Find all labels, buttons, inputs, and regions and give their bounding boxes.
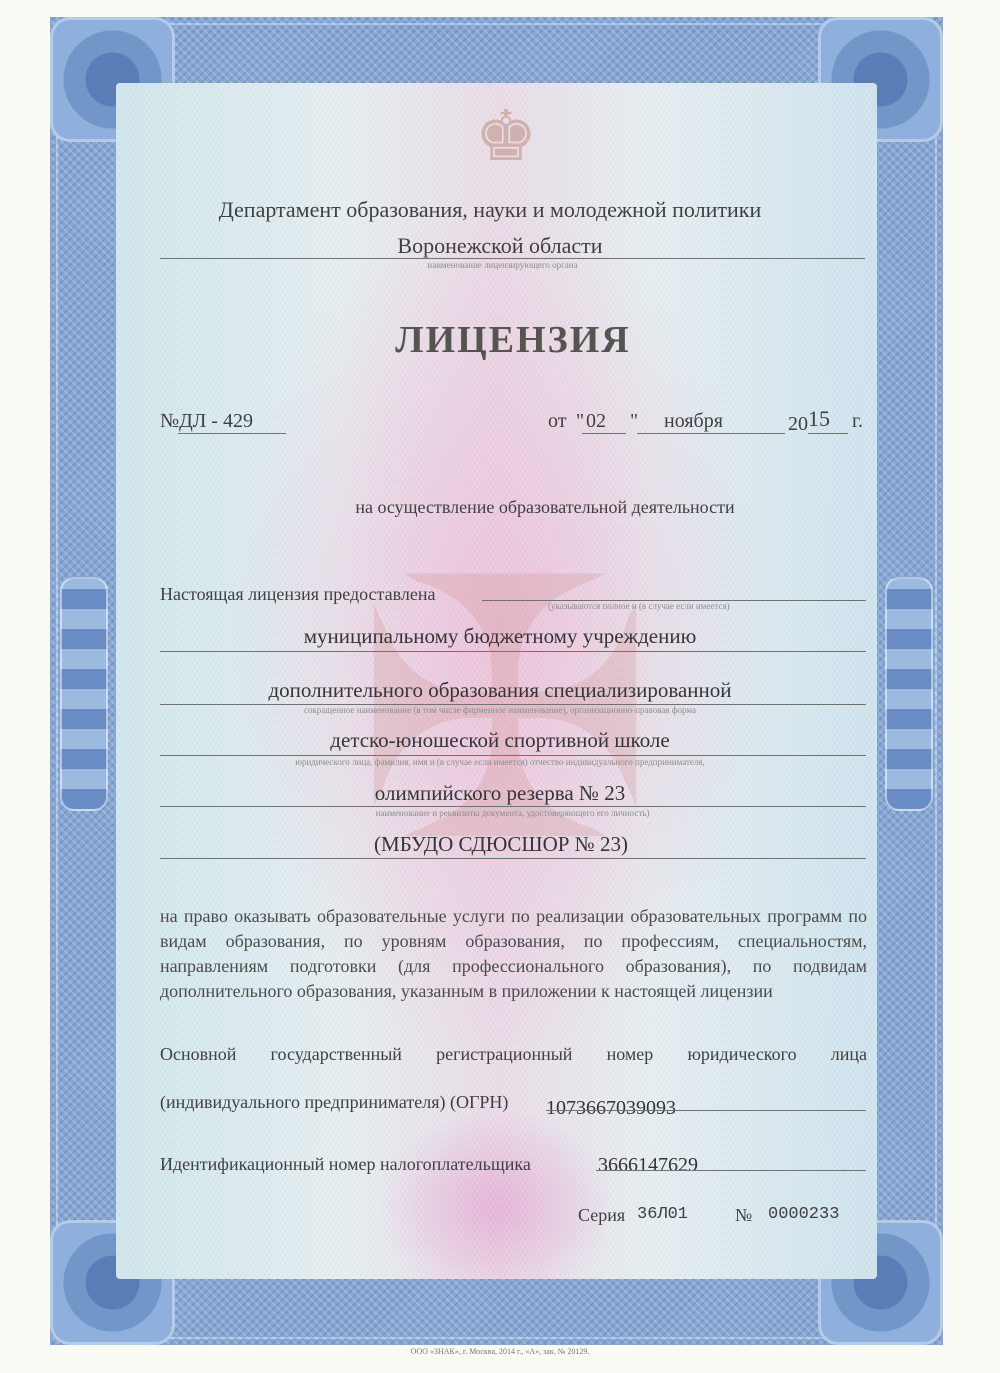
divider: [160, 806, 866, 807]
date-close-quote: ": [630, 410, 638, 433]
number-value: ДЛ - 429: [179, 410, 253, 432]
russian-coat-of-arms-icon: ♚: [470, 95, 542, 180]
rights-paragraph: на право оказывать образовательные услуг…: [160, 904, 867, 1004]
ogrn-label-line-2: (индивидуального предпринимателя) (ОГРН): [160, 1092, 508, 1113]
holder-caption-4: наименование и реквизиты документа, удос…: [0, 808, 1000, 818]
inn-value: 3666147629: [598, 1154, 698, 1177]
ogrn-label-line-1: Основной государственный регистрационный…: [160, 1044, 867, 1065]
divider: [160, 258, 865, 259]
year-prefix: 20: [788, 413, 808, 435]
license-number: №ДЛ - 429: [160, 410, 253, 433]
date-month: ноября: [664, 410, 723, 433]
inn-underline: [596, 1170, 866, 1171]
holder-short-name: (МБУДО СДЮСШОР № 23): [0, 832, 1000, 857]
ogrn-value: 1073667039093: [546, 1097, 676, 1120]
divider: [160, 858, 866, 859]
issuer-caption: наименование лицензирующего органа: [0, 260, 1000, 270]
number-underline: [178, 433, 286, 434]
holder-line-4: олимпийского резерва № 23: [0, 781, 1000, 806]
ogrn-underline: [546, 1110, 866, 1111]
printer-footer: ООО «ЗНАК», г. Москва, 2014 г., «А», зак…: [0, 1347, 1000, 1356]
date-open-quote: ": [576, 410, 584, 433]
holder-line-1: муниципальному бюджетному учреждению: [0, 624, 1000, 649]
divider: [160, 651, 866, 652]
month-underline: [637, 433, 785, 434]
year-underline: [808, 433, 848, 434]
watermark-eagle-icon: ✠: [305, 505, 705, 925]
license-purpose: на осуществление образовательной деятель…: [0, 497, 1000, 518]
holder-caption-3: юридического лица, фамилия, имя и (в слу…: [0, 757, 1000, 767]
holder-caption-1: (указываются полное и (в случае если име…: [548, 601, 730, 611]
granted-label: Настоящая лицензия предоставлена: [160, 584, 435, 605]
blank-number-label: №: [735, 1205, 752, 1226]
number-prefix: №: [160, 410, 179, 432]
inn-label: Идентификационный номер налогоплательщик…: [160, 1154, 531, 1175]
date-day: 02: [586, 410, 606, 433]
holder-line-2: дополнительного образования специализиро…: [0, 678, 1000, 703]
holder-line-3: детско-юношеской спортивной школе: [0, 728, 1000, 753]
year-suffix: 15: [808, 406, 830, 431]
issuer-line-1: Департамент образования, науки и молодеж…: [0, 197, 980, 223]
series-label: Серия: [578, 1205, 625, 1226]
date-from-label: от: [548, 410, 566, 433]
document-title: ЛИЦЕНЗИЯ: [0, 318, 1000, 362]
divider: [160, 755, 866, 756]
date-year-unit: г.: [852, 410, 863, 433]
day-underline: [582, 433, 626, 434]
issuer-line-2: Воронежской области: [0, 233, 1000, 259]
series-value: 36Л01: [637, 1205, 688, 1224]
holder-caption-2: сокращенное наименование (в том числе фи…: [0, 705, 1000, 715]
blank-number-value: 0000233: [768, 1205, 839, 1224]
